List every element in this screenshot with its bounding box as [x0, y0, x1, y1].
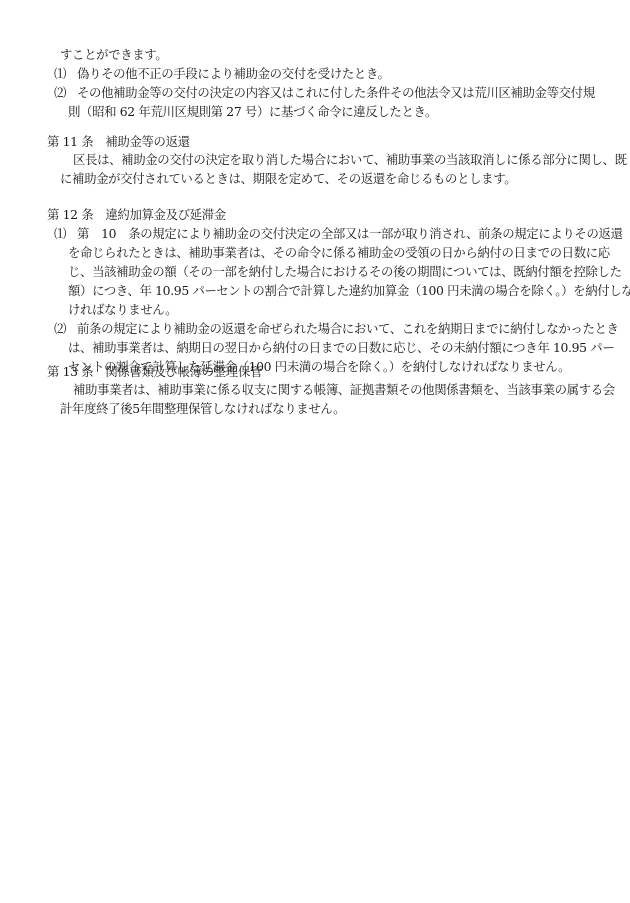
article13-heading: 第 13 条 関係書類及び帳簿の整理保管: [47, 363, 262, 381]
article13-text: 補助事業者は、補助事業に係る収支に関する帳簿、証拠書類その他関係書類を、当該事業…: [73, 381, 615, 399]
article12-item-1-text: を命じられたときは、補助事業者は、その命令に係る補助金の受領の日から納付の日まで…: [68, 244, 610, 262]
article11-text: 区長は、補助金の交付の決定を取り消した場合において、補助事業の当該取消しに係る部…: [73, 151, 627, 169]
article13-text: 計年度終了後5年間整理保管しなければなりません。: [60, 400, 345, 418]
article12-item-2-number: ⑵: [54, 320, 66, 338]
article10-item-1-text: 偽りその他不正の手段により補助金の交付を受けたとき。: [77, 65, 390, 83]
article12-heading: 第 12 条 違約加算金及び延滞金: [47, 206, 226, 224]
article12-item-1-text: 額）につき、年 10.95 パーセントの割合で計算した違約加算金（100 円未満…: [68, 282, 630, 300]
article11-text: に補助金が交付されているときは、期限を定めて、その返還を命じるものとします。: [60, 170, 516, 188]
article12-item-1-text: ければなりません。: [68, 301, 177, 319]
article10-item-2-text: 則（昭和 62 年荒川区規則第 27 号）に基づく命令に違反したとき。: [68, 103, 437, 121]
article12-item-2-text: は、補助事業者は、納期日の翌日から納付の日までの日数に応じ、その未納付額につき年…: [68, 339, 614, 357]
article10-item-2-text: その他補助金等の交付の決定の内容又はこれに付した条件その他法令又は荒川区補助金等…: [77, 84, 595, 102]
article12-item-1-text: じ、当該補助金の額（その一部を納付した場合におけるその後の期間については、既納付…: [68, 263, 622, 281]
article12-item-2-text: 前条の規定により補助金の返還を命ぜられた場合において、これを納期日までに納付しな…: [77, 320, 619, 338]
continuation-text: すことができます。: [60, 46, 167, 64]
document-page: すことができます。 ⑴ 偽りその他不正の手段により補助金の交付を受けたとき。 ⑵…: [0, 0, 630, 903]
article12-item-1-text: 第 10 条の規定により補助金の交付決定の全部又は一部が取り消され、前条の規定に…: [77, 225, 623, 243]
article11-heading: 第 11 条 補助金等の返還: [47, 133, 190, 151]
article10-item-1-number: ⑴: [54, 65, 66, 83]
article10-item-2-number: ⑵: [54, 84, 66, 102]
article12-item-1-number: ⑴: [54, 225, 66, 243]
